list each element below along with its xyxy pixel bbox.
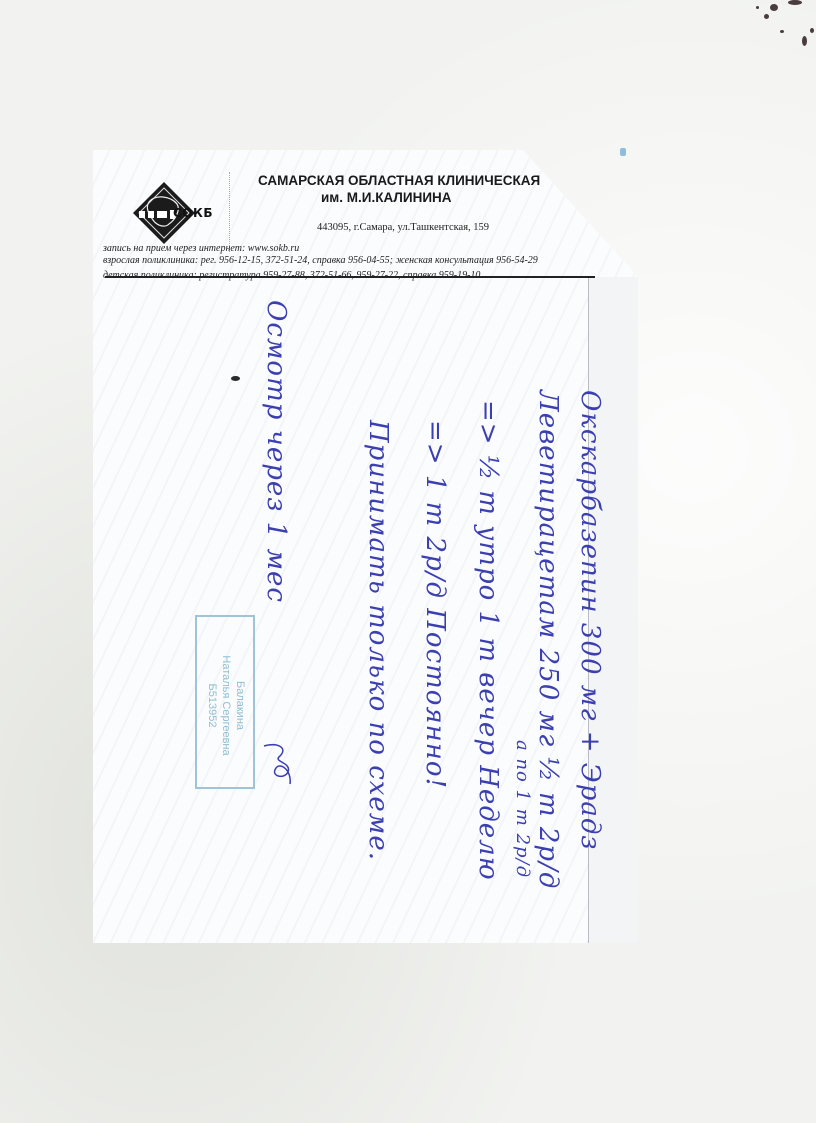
organization-name-subtitle: им. М.И.КАЛИНИНА [321, 190, 452, 205]
scan-specks [706, 0, 816, 60]
stamp-surname: Балакина [233, 623, 247, 788]
logo-text: СОКБ [173, 206, 213, 220]
header-rule [105, 276, 595, 278]
adult-clinic-phones: взрослая поликлиника: рег. 956-12-15, 37… [103, 255, 538, 266]
ink-smudge [231, 376, 240, 381]
handwritten-line-3-note: а по 1 т 2р/д [512, 740, 533, 878]
online-booking-info: запись на прием через интернет: www.sokb… [103, 243, 299, 254]
organization-address: 443095, г.Самара, ул.Ташкентская, 159 [317, 222, 489, 233]
handwritten-line-1: Окскарбазепин 300 мг + Эрадз [575, 390, 605, 851]
handwritten-line-4: => 1 т 2р/д Постоянно! [420, 420, 450, 789]
header-divider [229, 172, 230, 252]
handwritten-line-2: Леветирацетам 250 мг ½ т 2р/д [533, 390, 563, 889]
doctor-signature [258, 740, 298, 790]
ink-spot [620, 148, 626, 156]
handwritten-line-3: => ½ т утро 1 т вечер Неделю [473, 400, 503, 881]
doctor-stamp: Балакина Наталья Сергеевна Б513952 [195, 615, 255, 789]
organization-name: САМАРСКАЯ ОБЛАСТНАЯ КЛИНИЧЕСКАЯ [258, 173, 540, 188]
prescription-sheet: СОКБ САМАРСКАЯ ОБЛАСТНАЯ КЛИНИЧЕСКАЯ им.… [93, 150, 638, 943]
handwritten-line-5: Принимать только по схеме. [363, 420, 393, 861]
handwritten-line-6: Осмотр через 1 мес [261, 300, 291, 603]
stamp-license-number: Б513952 [205, 623, 219, 788]
stamp-given-names: Наталья Сергеевна [219, 623, 233, 788]
